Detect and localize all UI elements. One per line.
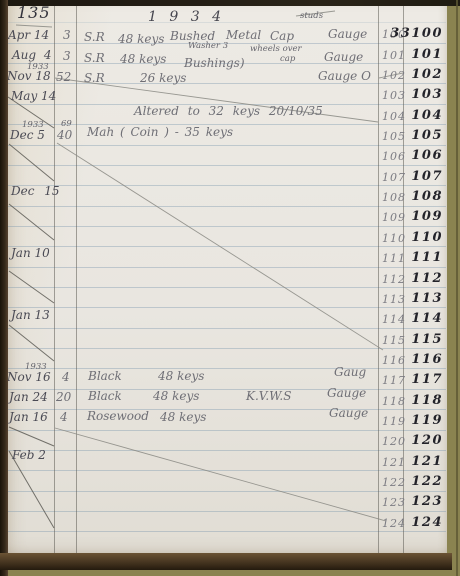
ink-number: 106: [411, 148, 443, 163]
note-cap: cap: [280, 55, 295, 64]
desc-sr-2: S.R: [84, 52, 105, 65]
column-line-qty: [76, 5, 77, 555]
ledger-row-123: 123123: [378, 494, 446, 512]
ink-number: 122: [411, 474, 443, 489]
ink-number: 105: [411, 128, 443, 143]
ledger-row-122: 122122: [378, 474, 446, 492]
desc-black-2: Black: [88, 390, 122, 403]
ledger-row-116: 116116: [378, 352, 446, 370]
ink-number: 123: [411, 494, 443, 509]
qty-40: 40: [57, 129, 72, 142]
pencil-number: 111: [382, 252, 406, 265]
ledger-row-109: 109109: [378, 209, 446, 227]
ink-number: 107: [411, 169, 443, 184]
qty-rose: 4: [60, 411, 68, 424]
desc-black-1: Black: [88, 370, 122, 383]
pencil-number: 103: [382, 89, 406, 102]
ledger-row-106: 106106: [378, 148, 446, 166]
year-heading: 1 9 3 4: [148, 9, 225, 25]
pencil-number: 120: [382, 435, 406, 448]
date-may-14: May 14: [11, 90, 56, 103]
ledger-row-118: 118118: [378, 393, 446, 411]
ink-number: 33100: [390, 26, 443, 41]
desc-gauge-4: Gaug: [334, 366, 366, 379]
ledger-row-121: 121121: [378, 454, 446, 472]
desc-kvws: K.V.W.S: [246, 390, 291, 403]
pencil-number: 123: [382, 496, 406, 509]
date-jan-10: Jan 10: [11, 247, 50, 260]
ink-number: 111: [411, 250, 443, 265]
pencil-number: 115: [382, 334, 406, 347]
desc-26keys: 26 keys: [140, 72, 186, 85]
date-apr-14: Apr 14: [8, 29, 49, 42]
note-altered: Altered to 32 keys 20/10/35: [134, 105, 323, 118]
ledger-row-104: 104104: [378, 108, 446, 126]
ink-number: 114: [411, 311, 443, 326]
ink-number: 112: [411, 271, 443, 286]
ledger-row-102: 102102: [378, 67, 446, 85]
date-dec-15: Dec 15: [11, 185, 60, 198]
note-washer: Washer 3: [188, 42, 228, 51]
column-line-date: [54, 5, 55, 555]
desc-keys-3: 48 keys: [158, 370, 204, 383]
ledger-row-103: 103103: [378, 87, 446, 105]
ledger-row-119: 119119: [378, 413, 446, 431]
date-feb-2: Feb 2: [12, 449, 46, 462]
desc-keys-2: 48 keys: [120, 53, 166, 66]
date-nov-16: Nov 16: [7, 371, 51, 384]
qty-nov: 52: [56, 71, 71, 84]
qty-black-2: 20: [56, 391, 71, 404]
pencil-number: 112: [382, 273, 406, 286]
date-aug-4: Aug 4: [12, 49, 52, 62]
backdrop-edge-line: [456, 0, 458, 576]
note-wheels: wheels over: [250, 45, 302, 54]
desc-cap-1: Cap: [270, 30, 294, 43]
date-jan-24: Jan 24: [9, 391, 48, 404]
desc-gauge-3: Gauge O: [318, 70, 371, 83]
ledger-row-120: 120120: [378, 433, 446, 451]
pencil-number: 116: [382, 354, 406, 367]
date-dec-5: Dec 5: [10, 129, 45, 142]
date-jan-13: Jan 13: [11, 309, 50, 322]
note-studs: studs: [300, 12, 323, 21]
qty-aug: 3: [63, 50, 71, 63]
desc-sr-3: S.R: [84, 72, 105, 85]
date-nov-18: Nov 18: [7, 70, 51, 83]
ledger-row-114: 114114: [378, 311, 446, 329]
ledger-row-108: 108108: [378, 189, 446, 207]
qty-black-1: 4: [62, 371, 70, 384]
ledger-page-scan: 135 1 9 3 4 Apr 143S.R48 keysBushedMetal…: [0, 0, 460, 576]
desc-keys-5: 48 keys: [160, 411, 206, 424]
ink-number: 124: [411, 515, 443, 530]
ink-number: 103: [411, 87, 443, 102]
ink-number: 119: [411, 413, 443, 428]
desc-sr-1: S.R: [84, 31, 105, 44]
ledger-row-110: 110110: [378, 230, 446, 248]
binding-edge-top: [0, 0, 460, 6]
pencil-number: 102: [382, 69, 406, 82]
ink-number: 117: [411, 372, 443, 387]
ink-number: 115: [411, 332, 443, 347]
ledger-row-100: 10033100: [378, 26, 446, 44]
ink-number: 109: [411, 209, 443, 224]
ink-number: 101: [411, 47, 443, 62]
ledger-row-107: 107107: [378, 169, 446, 187]
ink-number: 120: [411, 433, 443, 448]
pencil-number: 119: [382, 415, 406, 428]
pencil-number: 121: [382, 456, 406, 469]
ledger-row-115: 115115: [378, 332, 446, 350]
ledger-row-112: 112112: [378, 271, 446, 289]
pencil-number: 108: [382, 191, 406, 204]
desc-bushings: Bushings): [184, 57, 245, 70]
desc-gauge-1: Gauge: [328, 28, 367, 41]
binding-edge-bottom: [0, 553, 452, 570]
ledger-row-117: 117117: [378, 372, 446, 390]
pencil-number: 113: [382, 293, 406, 306]
date-jan-16: Jan 16: [9, 411, 48, 424]
ink-number: 116: [411, 352, 443, 367]
pencil-number: 117: [382, 374, 406, 387]
ruled-line: [8, 22, 446, 23]
pencil-number: 122: [382, 476, 406, 489]
ink-number: 113: [411, 291, 443, 306]
ink-number: 102: [411, 67, 443, 82]
ink-number: 104: [411, 108, 443, 123]
ink-number: 118: [411, 393, 443, 408]
ledger-row-124: 124124: [378, 515, 446, 533]
pencil-number: 124: [382, 517, 406, 530]
pencil-number: 107: [382, 171, 406, 184]
pencil-number: 106: [382, 150, 406, 163]
pencil-number: 118: [382, 395, 406, 408]
desc-gauge-2: Gauge: [324, 51, 363, 64]
desc-gauge-5: Gauge: [327, 387, 366, 400]
desc-keys-4: 48 keys: [153, 390, 199, 403]
ledger-row-113: 113113: [378, 291, 446, 309]
desc-metal: Metal: [226, 29, 261, 42]
ledger-row-105: 105105: [378, 128, 446, 146]
pencil-number: 109: [382, 211, 406, 224]
pencil-number: 105: [382, 130, 406, 143]
ink-number: 121: [411, 454, 443, 469]
desc-gauge-6: Gauge: [329, 407, 368, 420]
pencil-number: 104: [382, 110, 406, 123]
ink-number: 110: [411, 230, 443, 245]
pencil-number: 114: [382, 313, 406, 326]
desc-mah: Mah ( Coin ) - 35 keys: [87, 126, 233, 139]
ledger-row-101: 101101: [378, 47, 446, 65]
desc-rosewood: Rosewood: [87, 410, 149, 423]
ledger-row-111: 111111: [378, 250, 446, 268]
pencil-number: 101: [382, 49, 406, 62]
binding-edge-left: [0, 0, 8, 576]
pencil-number: 110: [382, 232, 406, 245]
ink-number: 108: [411, 189, 443, 204]
desc-keys-1: 48 keys: [118, 33, 164, 46]
qty-apr: 3: [63, 29, 71, 42]
